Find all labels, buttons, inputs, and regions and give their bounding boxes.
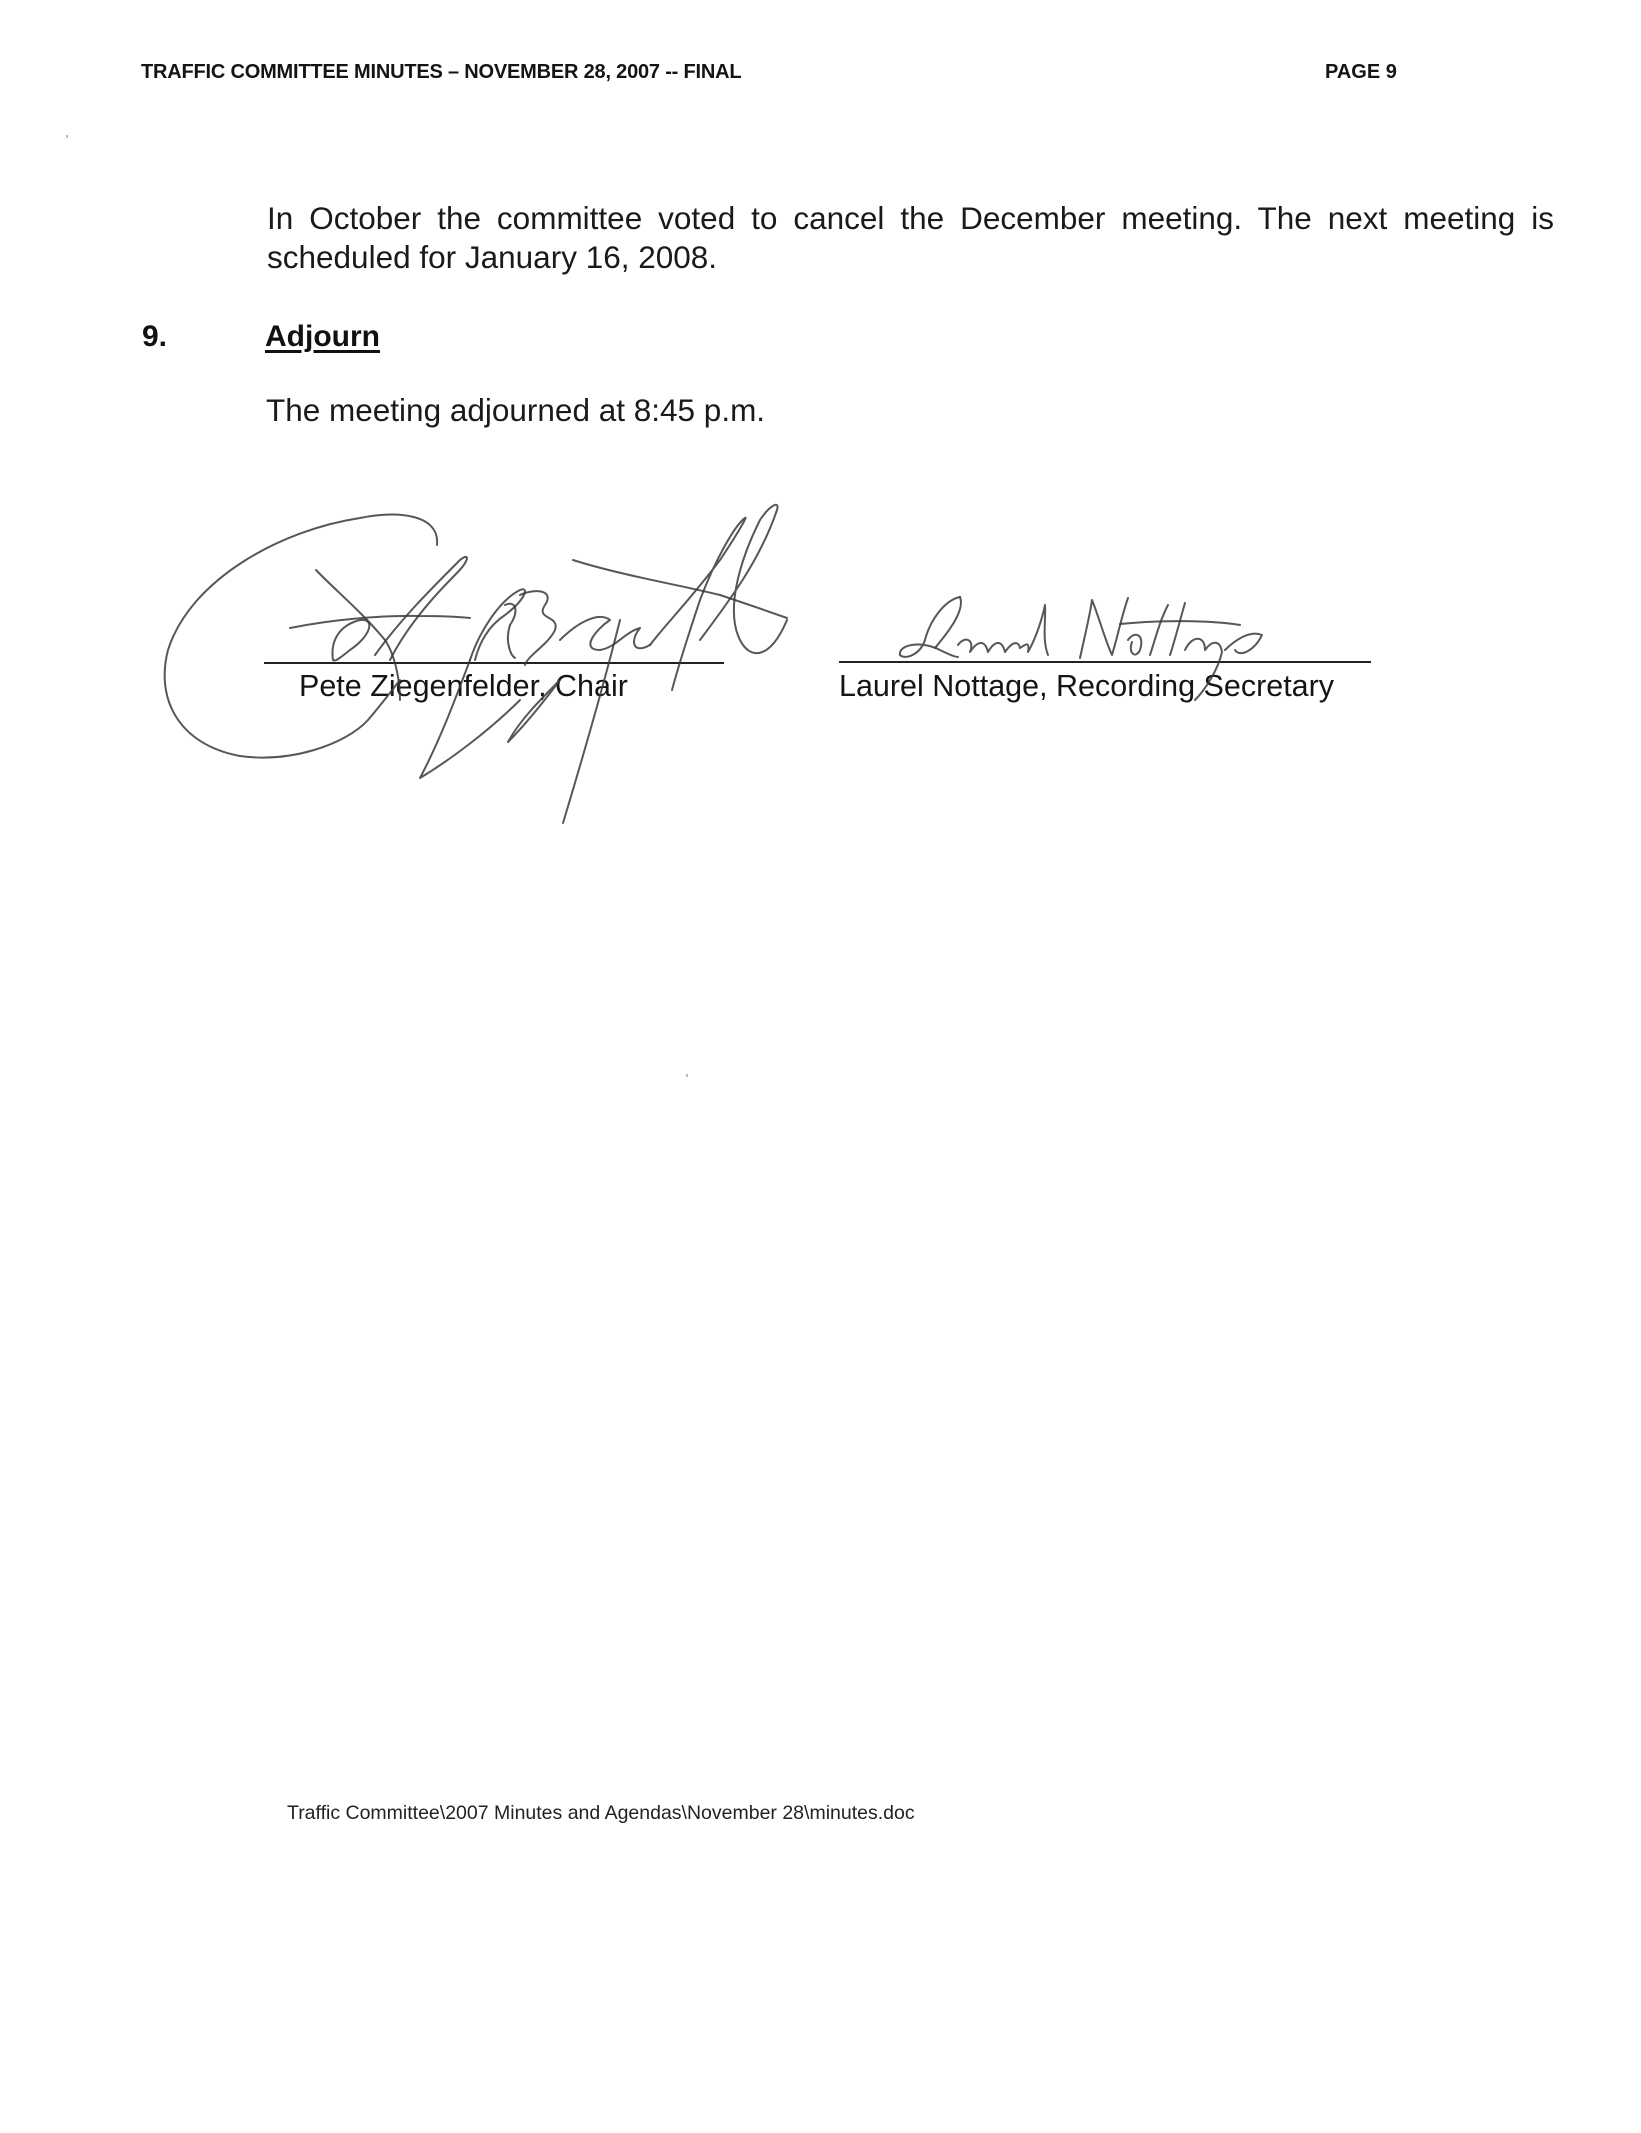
scan-speck [686,1074,688,1077]
section-title: Adjourn [265,317,380,357]
signature-label-secretary: Laurel Nottage, Recording Secretary [839,668,1334,704]
intro-paragraph: In October the committee voted to cancel… [267,199,1554,277]
signature-line-chair [264,662,724,664]
signature-label-chair: Pete Ziegenfelder, Chair [299,668,628,704]
page-number: PAGE 9 [1325,60,1397,84]
document-footer-path: Traffic Committee\2007 Minutes and Agend… [287,1801,915,1825]
document-header-title: TRAFFIC COMMITTEE MINUTES – NOVEMBER 28,… [141,60,741,84]
scan-speck [66,135,68,138]
signature-line-secretary [839,661,1371,663]
handwritten-signatures [0,0,1641,900]
section-number: 9. [142,317,167,357]
adjourn-text: The meeting adjourned at 8:45 p.m. [266,390,765,430]
